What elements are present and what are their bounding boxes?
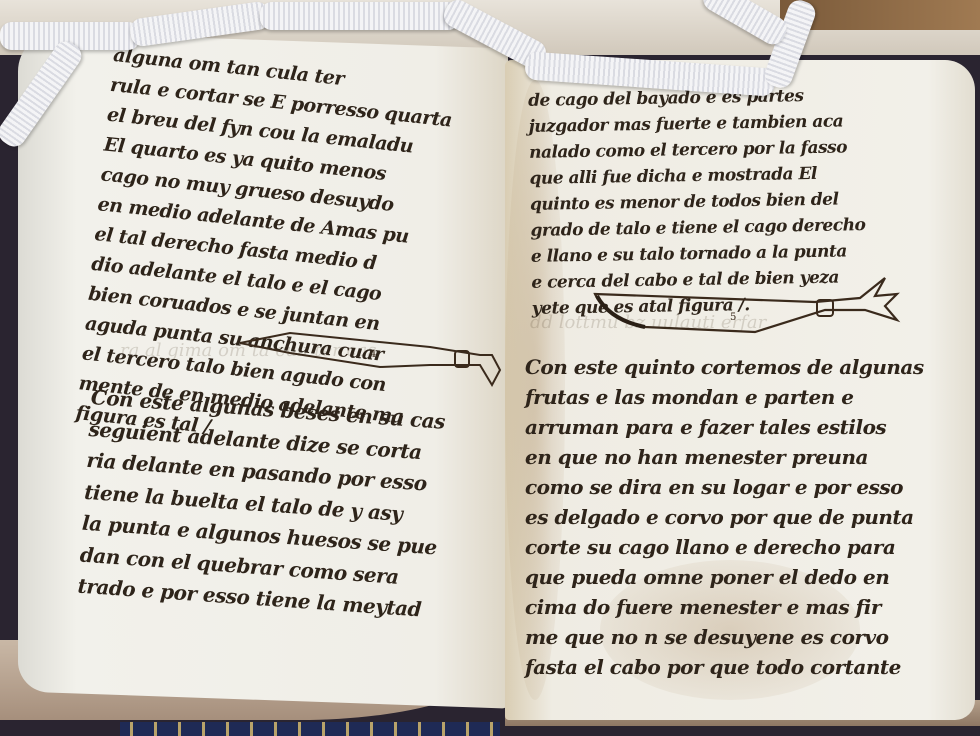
text-line: arruman para e fazer tales estilos (525, 412, 924, 442)
text-line: es delgado e corvo por que de punta (525, 502, 924, 532)
text-line: en que no han menester preuna (525, 442, 924, 472)
text-line: frutas e las mondan e parten e (525, 382, 924, 412)
knife-illustration-5: 5 (585, 272, 905, 342)
text-line: Con este quinto cortemos de algunas (525, 352, 924, 382)
cover-edge-pattern (120, 722, 500, 736)
text-line: cima do fuere menester e mas fir (525, 592, 924, 622)
knife-number-label: 4 (370, 349, 376, 360)
knife-number-label: 5 (730, 312, 736, 323)
weight-segment (260, 2, 460, 30)
left-page-bottom-text: Con este algunas beses en su cas seguien… (77, 382, 447, 627)
knife-illustration-4: 4 (230, 325, 510, 405)
text-line: me que no n se desuyene es corvo (525, 622, 924, 652)
text-line: como se dira en su logar e por esso (525, 472, 924, 502)
text-line: fasta el cabo por que todo cortante (525, 652, 924, 682)
right-page-bottom-text: Con este quinto cortemos de algunas frut… (525, 352, 924, 682)
text-line: corte su cago llano e derecho para (525, 532, 924, 562)
text-line: que pueda omne poner el dedo en (525, 562, 924, 592)
